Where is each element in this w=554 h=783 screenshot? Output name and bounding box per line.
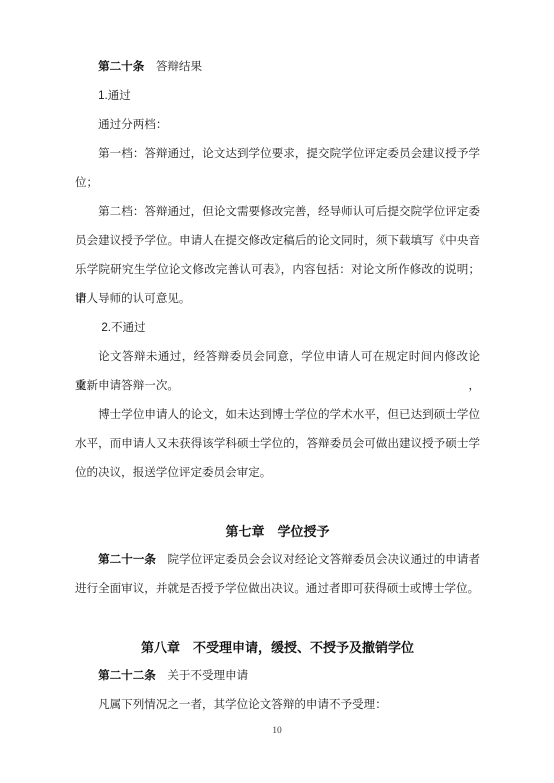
chapter: 第八章 不受理申请，缓授、不授予及撤销学位 [75,633,480,662]
page-number: 10 [0,724,554,738]
text-run: 凡属下列情况之一者，其学位论文答辩的申请不予受理： [98,699,387,711]
text-line: 第一档：答辩通过，论文达到学位要求，提交院学位评定委员会建议授予学 [75,140,480,169]
text-run: 第二档：答辩通过，但论文需要修改完善，经导师认可后提交院学位评定委 [98,206,480,218]
text-line: 第二十二条 关于不受理申请 [75,662,480,691]
para: 第一档：答辩通过，论文达到学位要求，提交院学位评定委员会建议授予学位； [75,140,480,198]
text-line: 乐学院研究生学位论文修改完善认可表》，内容包括：对论文所作修改的说明；申 [75,256,480,285]
para: 论文答辩未通过，经答辩委员会同意，学位申请人可在规定时间内修改论文，重新申请答辩… [75,343,480,401]
text-run: 第一档：答辩通过，论文达到学位要求，提交院学位评定委员会建议授予学 [98,148,480,160]
text-line: 2.不通过 [75,314,480,343]
text-run: 关于不受理申请 [156,670,248,682]
document-page: 第二十条 答辩结果1.通过通过分两档：第一档：答辩通过，论文达到学位要求，提交院… [0,0,554,783]
text-line: 第七章 学位授予 [75,517,480,546]
article-heading: 第二十二条 关于不受理申请 [75,662,480,691]
para: 1.通过 [75,82,480,111]
text-line: 通过分两档： [75,111,480,140]
text-line: 进行全面审议，并就是否授予学位做出决议。通过者即可获得硕士或博士学位。 [75,575,480,604]
text-line: 请人导师的认可意见。 [75,285,480,314]
text-run: 通过分两档： [98,119,167,131]
article-heading: 第二十条 答辩结果 [75,53,480,82]
text-run: 重新申请答辩一次。 [75,380,179,392]
text-run: 进行全面审议，并就是否授予学位做出决议。通过者即可获得硕士或博士学位。 [75,583,479,595]
text-run: 请人导师的认可意见。 [75,293,190,305]
bold-term: 第二十条 [98,61,144,73]
text-line: 第八章 不受理申请，缓授、不授予及撤销学位 [75,633,480,662]
bold-term: 第八章 不受理申请，缓授、不授予及撤销学位 [141,640,414,655]
text-run: 博士学位申请人的论文，如未达到博士学位的学术水平，但已达到硕士学位 [98,409,480,421]
text-line: 第二档：答辩通过，但论文需要修改完善，经导师认可后提交院学位评定委 [75,198,480,227]
text-run: 院学位评定委员会会议对经论文答辩委员会决议通过的申请者 [156,554,480,566]
document-body: 第二十条 答辩结果1.通过通过分两档：第一档：答辩通过，论文达到学位要求，提交院… [75,53,480,720]
text-line: 凡属下列情况之一者，其学位论文答辩的申请不予受理： [75,691,480,720]
text-line: 第二十条 答辩结果 [75,53,480,82]
para: 凡属下列情况之一者，其学位论文答辩的申请不予受理： [75,691,480,720]
bold-term: 第二十二条 [98,670,156,682]
text-line: 博士学位申请人的论文，如未达到博士学位的学术水平，但已达到硕士学位 [75,401,480,430]
bold-term: 第七章 学位授予 [225,524,329,539]
chapter: 第七章 学位授予 [75,517,480,546]
para: 第二档：答辩通过，但论文需要修改完善，经导师认可后提交院学位评定委员会建议授予学… [75,198,480,314]
text-run: 答辩结果 [144,61,202,73]
para: 第二十一条 院学位评定委员会会议对经论文答辩委员会决议通过的申请者进行全面审议，… [75,546,480,604]
text-run: 位； [75,177,98,189]
text-line: 水平，而申请人又未获得该学科硕士学位的，答辩委员会可做出建议授予硕士学 [75,430,480,459]
text-line: 位； [75,169,480,198]
text-run: 员会建议授予学位。申请人在提交修改定稿后的论文同时，须下载填写《中央音 [75,235,480,247]
para: 通过分两档： [75,111,480,140]
bold-term: 第二十一条 [98,554,156,566]
text-line: 位的决议，报送学位评定委员会审定。 [75,459,480,488]
para: 博士学位申请人的论文，如未达到博士学位的学术水平，但已达到硕士学位水平，而申请人… [75,401,480,488]
text-run: 2.不通过 [98,322,146,334]
text-line: 第二十一条 院学位评定委员会会议对经论文答辩委员会决议通过的申请者 [75,546,480,575]
text-run: 水平，而申请人又未获得该学科硕士学位的，答辩委员会可做出建议授予硕士学 [75,438,480,450]
text-run: 1.通过 [98,90,131,102]
text-line: 论文答辩未通过，经答辩委员会同意，学位申请人可在规定时间内修改论文， [75,343,480,372]
text-run: 位的决议，报送学位评定委员会审定。 [75,467,271,479]
text-line: 员会建议授予学位。申请人在提交修改定稿后的论文同时，须下载填写《中央音 [75,227,480,256]
text-line: 1.通过 [75,82,480,111]
para: 2.不通过 [75,314,480,343]
